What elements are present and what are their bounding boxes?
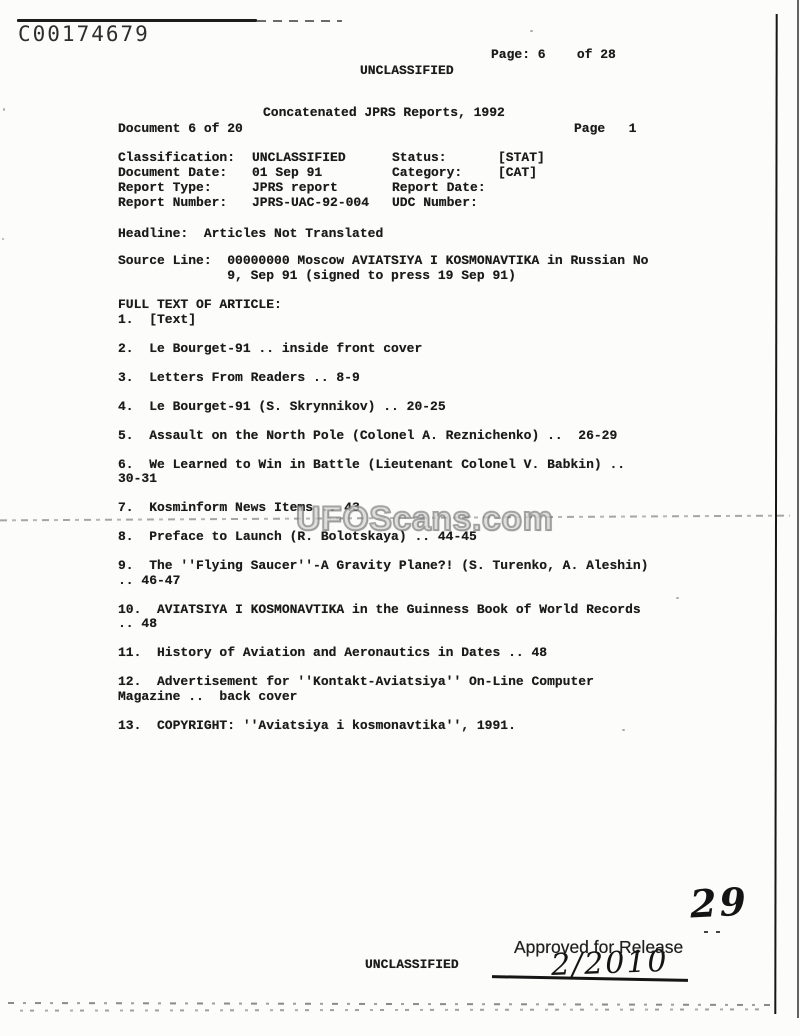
article-line [118,385,678,400]
article-line [118,632,678,647]
classification-header: UNCLASSIFIED [360,63,454,78]
scan-speck [530,30,533,32]
bottom-classification: UNCLASSIFIED [365,957,459,972]
article-line [118,327,678,342]
meta-label: Report Number: [118,195,227,210]
meta-label: Category: [392,165,462,180]
article-line: .. 48 [118,617,678,632]
article-line: 4. Le Bourget-91 (S. Skrynnikov) .. 20-2… [118,400,678,415]
meta-label: Report Type: [118,180,212,195]
article-line [118,661,678,676]
meta-value: [STAT] [498,150,545,165]
scan-speck [676,597,679,599]
meta-label: Status: [392,150,447,165]
article-line: 11. History of Aviation and Aeronautics … [118,646,678,661]
report-title: Concatenated JPRS Reports, 1992 [263,105,505,120]
article-line [118,443,678,458]
document-counter: Document 6 of 20 [118,121,243,136]
meta-value: JPRS report [252,180,338,195]
article-line [118,487,678,502]
article-line: .. 46-47 [118,574,678,589]
meta-value: JPRS-UAC-92-004 [252,195,369,210]
article-line [118,414,678,429]
article-line: 3. Letters From Readers .. 8-9 [118,371,678,386]
meta-label: UDC Number: [392,195,478,210]
article-line: FULL TEXT OF ARTICLE: [118,298,678,313]
metadata-row: Classification: UNCLASSIFIED Status: [ST… [0,150,800,165]
source-line-2: 9, Sep 91 (signed to press 19 Sep 91) [118,268,516,283]
meta-value: UNCLASSIFIED [252,150,346,165]
meta-value: 01 Sep 91 [252,165,322,180]
article-line: 12. Advertisement for ''Kontakt-Aviatsiy… [118,675,678,690]
meta-label: Report Date: [392,180,486,195]
article-line: 10. AVIATSIYA I KOSMONAVTIKA in the Guin… [118,603,678,618]
scan-speck [2,238,4,240]
headline-line: Headline: Articles Not Translated [118,226,383,241]
page-number: Page 1 [574,121,636,136]
article-line: 5. Assault on the North Pole (Colonel A.… [118,429,678,444]
source-line-1: Source Line: 00000000 Moscow AVIATSIYA I… [118,253,649,268]
metadata-row: Document Date: 01 Sep 91 Category: [CAT] [0,165,800,180]
article-line: Magazine .. back cover [118,690,678,705]
scan-speck [3,108,5,111]
ufoscans-watermark: UFOScans.com [296,500,553,539]
meta-value: [CAT] [498,165,537,180]
scan-speck [622,729,625,731]
article-line: 1. [Text] [118,313,678,328]
page-indicator: Page: 6 of 28 [491,47,616,62]
article-line: 6. We Learned to Win in Battle (Lieutena… [118,458,678,473]
metadata-row: Report Number: JPRS-UAC-92-004 UDC Numbe… [0,195,800,210]
page-edge-line [797,0,799,1018]
handwritten-dots [704,931,726,933]
article-line [118,356,678,371]
handwritten-page-number: 29 [689,878,750,926]
scanned-document-page: C00174679 Page: 6 of 28 UNCLASSIFIED Con… [0,0,800,1036]
bottom-scan-noise-line [20,1008,760,1011]
document-id-stamp: C00174679 [18,22,150,46]
article-line: 9. The ''Flying Saucer''-A Gravity Plane… [118,559,678,574]
article-line: 2. Le Bourget-91 .. inside front cover [118,342,678,357]
meta-label: Document Date: [118,165,227,180]
article-line: 13. COPYRIGHT: ''Aviatsiya i kosmonavtik… [118,719,678,734]
article-line [118,704,678,719]
top-scan-line-dashes [257,20,342,22]
bottom-scan-noise-line [8,1002,778,1006]
meta-label: Classification: [118,150,235,165]
article-line [118,545,678,560]
article-line [118,588,678,603]
metadata-row: Report Type: JPRS report Report Date: [0,180,800,195]
article-line: 30-31 [118,472,678,487]
